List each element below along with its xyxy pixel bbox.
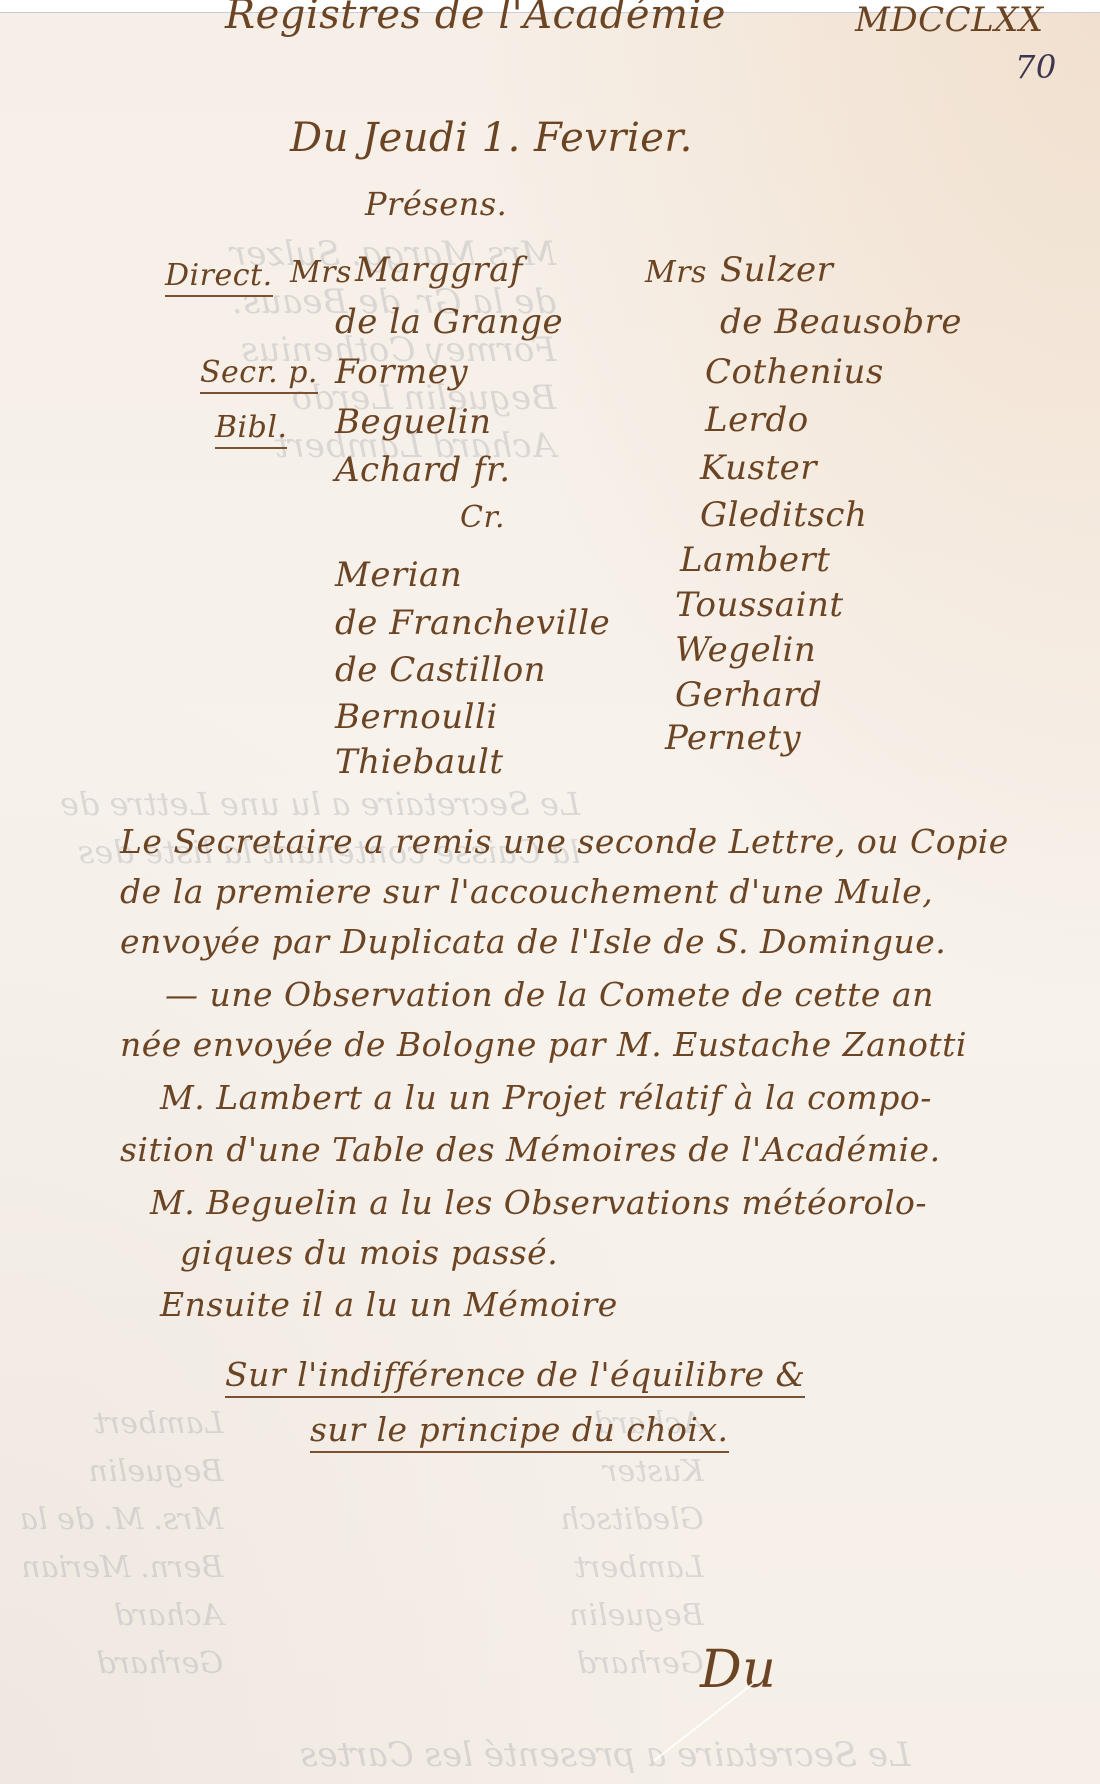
attendee-name: Wegelin [675, 630, 816, 670]
attendee-name: de la Grange [335, 302, 563, 342]
minutes-line: de la premiere sur l'accouchement d'une … [120, 872, 933, 911]
attendee-name: Thiebault [335, 742, 504, 782]
attendee-name: Achard fr. [335, 450, 511, 490]
attendee-name: Cothenius [705, 352, 884, 392]
attendee-name: Merian [335, 555, 462, 595]
attendee-name: Formey [335, 352, 468, 392]
minutes-line: M. Lambert a lu un Projet rélatif à la c… [160, 1078, 932, 1117]
attendee-name: Cr. [460, 500, 505, 535]
role-director: Direct. [165, 258, 273, 297]
attendee-name: Gleditsch [700, 495, 867, 535]
bleed-through-text: LambertBeguelinMrs. M. de laBern. Merian… [20, 1400, 223, 1688]
attendee-name: Gerhard [675, 675, 822, 715]
minutes-line: M. Beguelin a lu les Observations météor… [150, 1183, 927, 1222]
role-secretary: Secr. p. [200, 355, 318, 394]
attendee-name: de Francheville [335, 603, 610, 643]
presens-label: Présens. [365, 185, 507, 223]
manuscript-page: Mrs Margg. Sulzerde la Gr. de Beaus.Form… [0, 0, 1100, 1784]
minutes-line: — une Observation de la Comete de cette … [165, 975, 934, 1014]
attendee-name: Lerdo [705, 400, 809, 440]
session-date: Du Jeudi 1. Fevrier. [290, 115, 693, 161]
attendee-name: Pernety [665, 718, 801, 758]
catchword: Du [700, 1640, 776, 1700]
bleed-through-text: Le Secretaire a presenté les Cartes [300, 1735, 911, 1775]
minutes-line: sition d'une Table des Mémoires de l'Aca… [120, 1130, 941, 1169]
minutes-line: née envoyée de Bologne par M. Eustache Z… [120, 1025, 967, 1064]
attendee-name: Kuster [700, 448, 817, 488]
attendee-name: Beguelin [335, 402, 492, 442]
register-title: Registres de l'Académie [225, 0, 726, 38]
page-number: 70 [1015, 48, 1057, 86]
attendee-name: Lambert [680, 540, 830, 580]
minutes-line: Ensuite il a lu un Mémoire [160, 1285, 618, 1324]
minutes-line: Le Secretaire a remis une seconde Lettre… [120, 822, 1009, 861]
attendee-name: Marggraf [355, 250, 523, 290]
attendee-name: de Beausobre [720, 302, 962, 342]
attendee-name: Sulzer [720, 250, 833, 290]
register-year: MDCCLXX [855, 0, 1044, 40]
memoir-title-line-1: Sur l'indifférence de l'équilibre & [225, 1355, 805, 1398]
attendee-name: Toussaint [675, 585, 844, 625]
attendee-name: de Castillon [335, 650, 546, 690]
minutes-line: giques du mois passé. [180, 1233, 558, 1272]
attendee-name: Bernoulli [335, 697, 498, 737]
memoir-title-line-2: sur le principe du choix. [310, 1410, 729, 1453]
role-librarian: Bibl. [215, 410, 287, 449]
minutes-line: envoyée par Duplicata de l'Isle de S. Do… [120, 922, 946, 961]
left-column-prefix: Mrs [290, 255, 352, 290]
right-column-prefix: Mrs [645, 255, 707, 290]
